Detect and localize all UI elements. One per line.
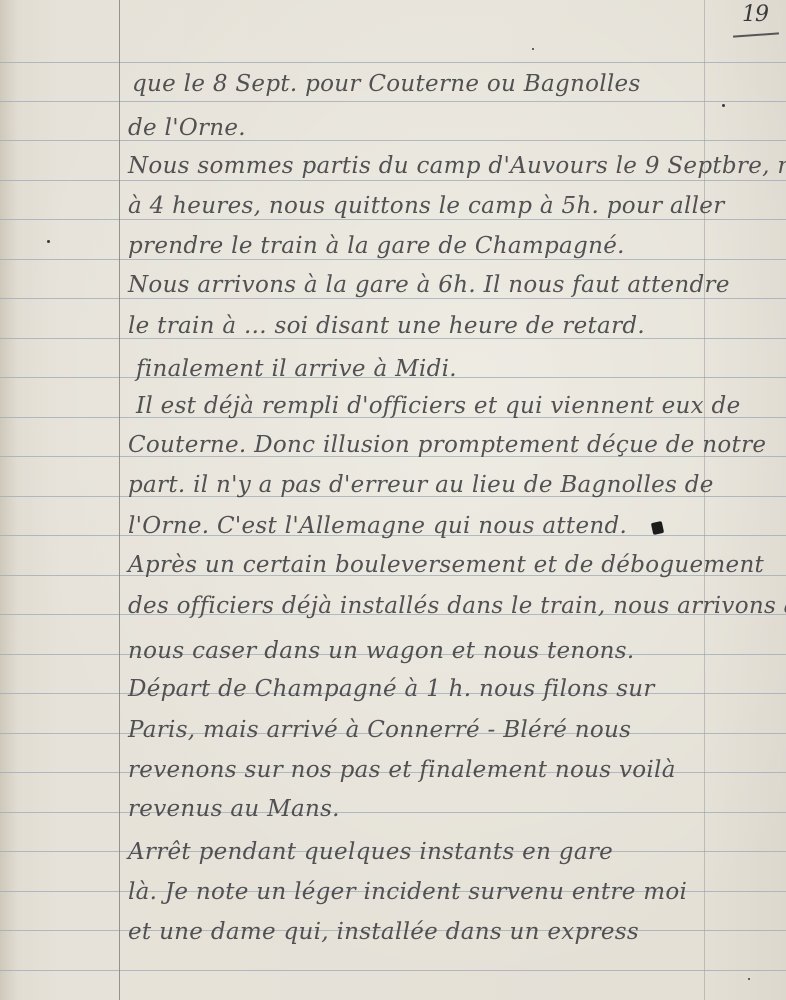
handwritten-line: revenons sur nos pas et finalement nous …	[128, 750, 778, 790]
handwritten-line: part. il n'y a pas d'erreur au lieu de B…	[128, 465, 778, 505]
ink-speck	[722, 104, 725, 107]
handwritten-line: et une dame qui, installée dans un expre…	[128, 912, 778, 952]
left-margin-line	[119, 0, 120, 1000]
page-number: 19	[742, 2, 768, 27]
handwritten-line: l'Orne. C'est l'Allemagne qui nous atten…	[128, 506, 778, 546]
handwritten-line: Départ de Champagné à 1 h. nous filons s…	[128, 669, 778, 709]
handwritten-line: Il est déjà rempli d'officiers et qui vi…	[136, 386, 786, 426]
ink-blot	[651, 521, 664, 535]
notebook-page: 19 que le 8 Sept. pour Couterne ou Bagno…	[0, 0, 786, 1000]
ink-speck	[47, 240, 50, 243]
page-number-underline	[733, 32, 779, 37]
handwritten-line: Couterne. Donc illusion promptement déçu…	[128, 425, 778, 465]
handwritten-line: de l'Orne.	[128, 108, 778, 148]
handwritten-line: Après un certain bouleversement et de dé…	[128, 545, 778, 585]
handwritten-line: finalement il arrive à Midi.	[136, 349, 786, 389]
handwritten-line: Nous arrivons à la gare à 6h. Il nous fa…	[128, 265, 778, 305]
handwritten-line: nous caser dans un wagon et nous tenons.	[128, 631, 778, 671]
handwritten-line: prendre le train à la gare de Champagné.	[128, 226, 778, 266]
handwritten-line: que le 8 Sept. pour Couterne ou Bagnolle…	[132, 64, 782, 104]
handwritten-line: le train à ... soi disant une heure de r…	[128, 306, 778, 346]
handwritten-line: des officiers déjà installés dans le tra…	[128, 586, 778, 626]
ruled-line	[0, 62, 786, 63]
handwritten-line: revenus au Mans.	[128, 789, 778, 829]
handwritten-line: Nous sommes partis du camp d'Auvours le …	[128, 146, 778, 186]
ruled-line	[0, 970, 786, 971]
handwritten-line: Arrêt pendant quelques instants en gare	[128, 832, 778, 872]
ink-speck	[748, 978, 750, 980]
handwritten-line: Paris, mais arrivé à Connerré - Bléré no…	[128, 710, 778, 750]
ink-speck	[532, 48, 534, 50]
handwritten-line: là. Je note un léger incident survenu en…	[128, 872, 778, 912]
handwritten-line: à 4 heures, nous quittons le camp à 5h. …	[128, 186, 778, 226]
